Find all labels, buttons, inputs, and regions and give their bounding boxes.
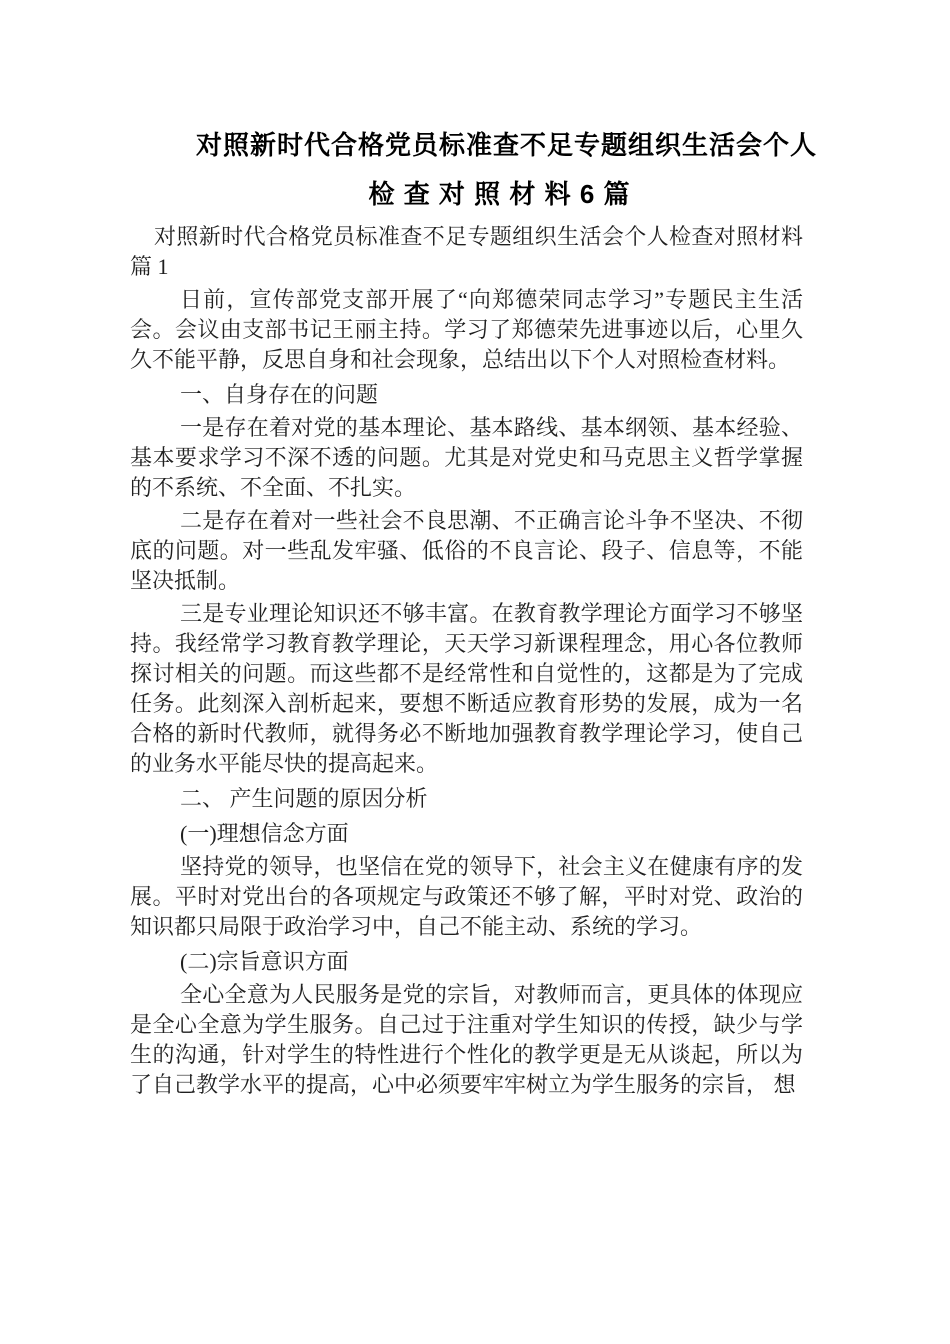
document-title: 对照新时代合格党员标准查不足专题组织生活会个人 检 查 对 照 材 料 6 篇 <box>196 121 803 219</box>
paragraph: 二是存在着对一些社会不良思潮、不正确言论斗争不坚决、不彻底的问题。对一些乱发牢骚… <box>130 506 803 596</box>
document-title-line2: 检 查 对 照 材 料 6 篇 <box>196 170 803 219</box>
document-title-line1: 对照新时代合格党员标准查不足专题组织生活会个人 <box>196 121 803 170</box>
paragraph: 日前，宣传部党支部开展了“向郑德荣同志学习”专题民主生活会。会议由支部书记王丽主… <box>130 285 803 375</box>
paragraph: 三是专业理论知识还不够丰富。在教育教学理论方面学习不够坚持。我经常学习教育教学理… <box>130 599 803 779</box>
paragraph: 一是存在着对党的基本理论、基本路线、基本纲领、基本经验、 基本要求学习不深不透的… <box>130 413 803 503</box>
section-heading: (二)宗旨意识方面 <box>130 947 803 977</box>
section-heading: 二、 产生问题的原因分析 <box>130 784 803 814</box>
paragraph: 坚持党的领导，也坚信在党的领导下，社会主义在健康有序的发展。平时对党出台的各项规… <box>130 852 803 942</box>
paragraph: 全心全意为人民服务是党的宗旨，对教师而言，更具体的体现应是全心全意为学生服务。自… <box>130 980 803 1100</box>
document-page: 对照新时代合格党员标准查不足专题组织生活会个人 检 查 对 照 材 料 6 篇 … <box>0 0 950 1344</box>
section-heading: (一)理想信念方面 <box>130 819 803 849</box>
section-heading: 一、自身存在的问题 <box>130 380 803 410</box>
paragraph: 对照新时代合格党员标准查不足专题组织生活会个人检查对照材料 篇 1 <box>130 222 803 282</box>
document-body: 对照新时代合格党员标准查不足专题组织生活会个人检查对照材料 篇 1日前，宣传部党… <box>130 222 803 1100</box>
